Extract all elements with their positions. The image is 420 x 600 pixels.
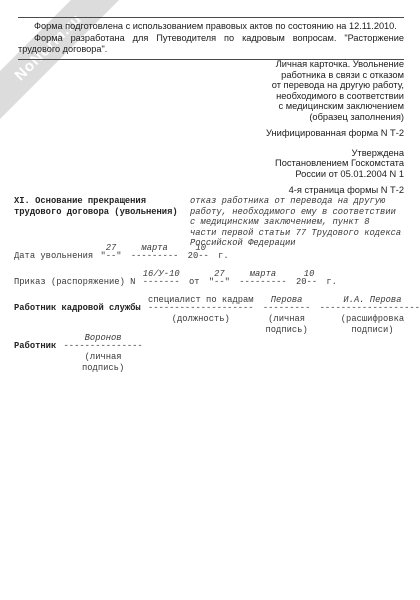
- employee-row: Работник Воронов---------------(личная п…: [14, 341, 145, 352]
- order-year-value: 10: [304, 269, 315, 280]
- order-number-value: 16/У-10: [143, 269, 180, 280]
- dismissal-date-label: Дата увольнения: [14, 251, 93, 261]
- unified-form-code: Унифицированная форма N Т-2: [266, 128, 404, 139]
- section-xi-termination-basis: XI. Основание прекращения трудового дого…: [14, 196, 401, 249]
- order-label: Приказ (распоряжение) N: [14, 277, 135, 287]
- hr-name-caption: (расшифровка подписи): [341, 314, 404, 335]
- hr-name-blank: И.А. Перова--------------------(расшифро…: [320, 303, 420, 314]
- employee-signature-caption: (личная подпись): [82, 352, 124, 373]
- dismissal-day-blank: 27"--": [100, 251, 121, 262]
- dismissal-year-blank: 1020--: [188, 251, 209, 262]
- employee-label: Работник: [14, 341, 56, 351]
- section-xi-value: отказ работника от перевода на другую ра…: [190, 196, 401, 249]
- section-xi-label-line2: трудового договора (увольнения): [14, 207, 182, 218]
- order-month-blank: марта---------: [239, 277, 287, 288]
- note-line-2: Форма разработана для Путеводителя по ка…: [18, 33, 404, 56]
- order-from-word: от: [189, 277, 200, 287]
- order-month-value: марта: [250, 269, 276, 280]
- order-day-blank: 27"--": [209, 277, 230, 288]
- dismissal-month-blank: марта---------: [131, 251, 179, 262]
- hr-signature-blank: Перова---------(личная подпись): [263, 303, 311, 314]
- page-number-label: 4-я страница формы N Т-2: [266, 185, 404, 196]
- section-xi-label: XI. Основание прекращения трудового дого…: [14, 196, 182, 249]
- dismissal-month-value: марта: [141, 243, 167, 254]
- hr-position-value: специалист по кадрам: [148, 295, 254, 306]
- note-line-1: Форма подготовлена с использованием прав…: [18, 21, 404, 33]
- order-year-blank: 1020--: [296, 277, 317, 288]
- section-xi-label-line1: XI. Основание прекращения: [14, 196, 182, 207]
- dismissal-year-value: 10: [195, 243, 206, 254]
- hr-officer-row: Работник кадровой службы специалист по к…: [14, 303, 420, 314]
- order-day-value: 27: [214, 269, 225, 280]
- preparation-notes: Форма подготовлена с использованием прав…: [18, 17, 404, 60]
- hr-name-value: И.А. Перова: [343, 295, 401, 306]
- card-title: Личная карточка. Увольнение работника в …: [266, 59, 404, 122]
- order-row: Приказ (распоряжение) N 16/У-10------- о…: [14, 277, 339, 288]
- hr-signature-caption: (личная подпись): [265, 314, 307, 335]
- hr-position-caption: (должность): [172, 314, 230, 325]
- hr-position-blank: специалист по кадрам--------------------…: [148, 303, 254, 314]
- employee-signature-value: Воронов: [85, 333, 122, 344]
- document-header: Личная карточка. Увольнение работника в …: [266, 59, 404, 196]
- order-number-blank: 16/У-10-------: [143, 277, 180, 288]
- document-page: NoNorm.ru Форма подготовлена с использов…: [0, 0, 420, 600]
- order-suffix: г.: [326, 277, 337, 287]
- approval-note: Утверждена Постановлением Госкомстата Ро…: [266, 148, 404, 180]
- dismissal-date-row: Дата увольнения 27"--" марта--------- 10…: [14, 251, 231, 262]
- hr-signature-value: Перова: [271, 295, 303, 306]
- document-content: Форма подготовлена с использованием прав…: [0, 0, 420, 600]
- dismissal-date-suffix: г.: [218, 251, 229, 261]
- dismissal-day-value: 27: [106, 243, 117, 254]
- hr-officer-label: Работник кадровой службы: [14, 303, 141, 313]
- employee-signature-blank: Воронов---------------(личная подпись): [64, 341, 143, 352]
